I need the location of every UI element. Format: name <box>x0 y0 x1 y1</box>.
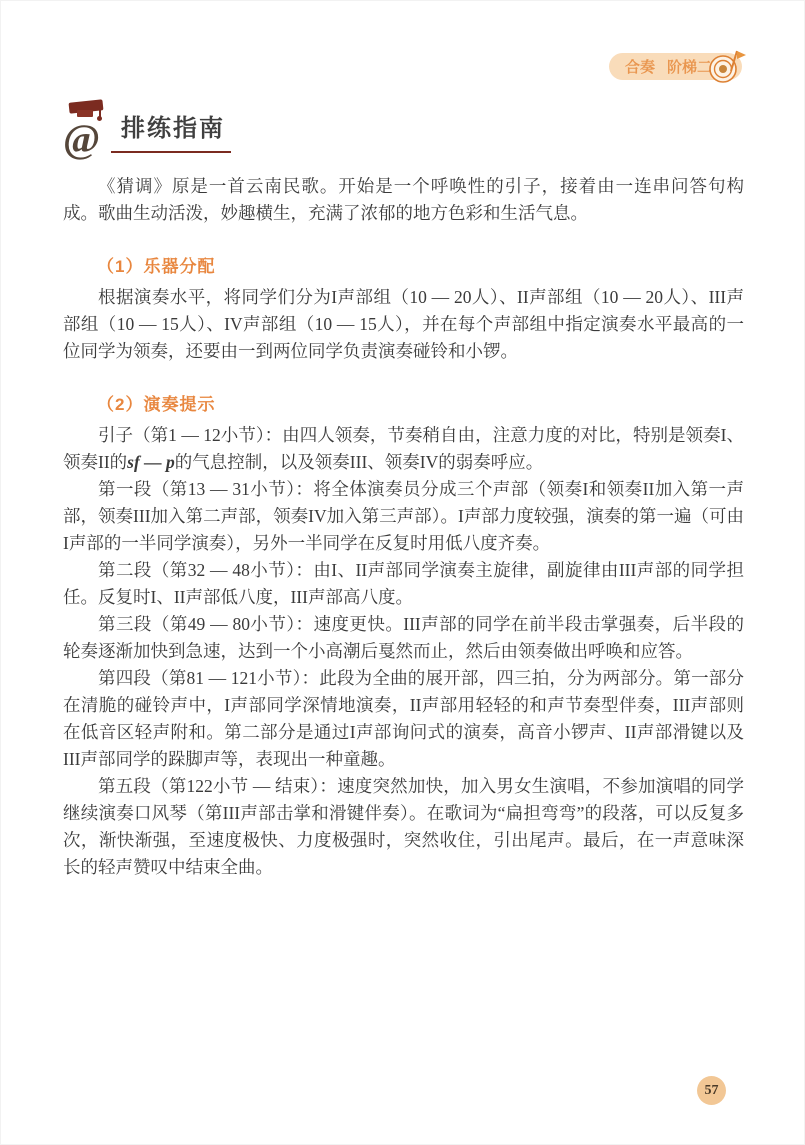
at-graduation-cap-icon: @ <box>63 101 109 153</box>
textbook-page: 合奏 阶梯二 @ 排练指南 《猜调》原是一首云南民歌。开始是一个呼唤性的引子，接… <box>0 0 805 1145</box>
section-header: @ 排练指南 <box>63 101 231 153</box>
section-2-paragraph-1: 第一段（第13 — 31小节）：将全体演奏员分成三个声部（领奏I和领奏II加入第… <box>63 476 744 557</box>
lead-after: 的气息控制，以及领奏III、领奏IV的弱奏呼应。 <box>175 452 543 472</box>
badge-category: 合奏 <box>625 56 655 77</box>
section-1-heading: （1）乐器分配 <box>63 252 744 277</box>
at-symbol: @ <box>63 119 100 159</box>
intro-paragraph: 《猜调》原是一首云南民歌。开始是一个呼唤性的引子，接着由一连串问答句构成。歌曲生… <box>63 173 744 227</box>
page-number-badge: 57 <box>697 1076 726 1105</box>
main-content: 《猜调》原是一首云南民歌。开始是一个呼唤性的引子，接着由一连串问答句构成。歌曲生… <box>63 173 744 881</box>
section-2-paragraph-3: 第三段（第49 — 80小节）：速度更快。III声部的同学在前半段击掌强奏，后半… <box>63 611 744 665</box>
section-2-heading: （2）演奏提示 <box>63 390 744 415</box>
chapter-badge-label: 合奏 阶梯二 <box>625 56 712 77</box>
section-1-paragraph: 根据演奏水平，将同学们分为I声部组（10 — 20人）、II声部组（10 — 2… <box>63 284 744 365</box>
title-underline: 排练指南 <box>111 108 231 153</box>
cap-tassel <box>99 105 101 117</box>
chapter-badge: 合奏 阶梯二 <box>609 53 742 80</box>
section-2-paragraph-5: 第五段（第122小节 — 结束）：速度突然加快，加入男女生演唱，不参加演唱的同学… <box>63 773 744 881</box>
target-music-note-icon <box>704 43 748 87</box>
section-2-lead-paragraph: 引子（第1 — 12小节）：由四人领奏，节奏稍自由，注意力度的对比，特别是领奏I… <box>63 422 744 476</box>
page-title: 排练指南 <box>121 115 225 142</box>
section-2-paragraph-2: 第二段（第32 — 48小节）：由I、II声部同学演奏主旋律，副旋律由III声部… <box>63 557 744 611</box>
section-2-paragraph-4: 第四段（第81 — 121小节）：此段为全曲的展开部，四三拍，分为两部分。第一部… <box>63 665 744 773</box>
dynamics-marking: sf — p <box>127 452 175 472</box>
